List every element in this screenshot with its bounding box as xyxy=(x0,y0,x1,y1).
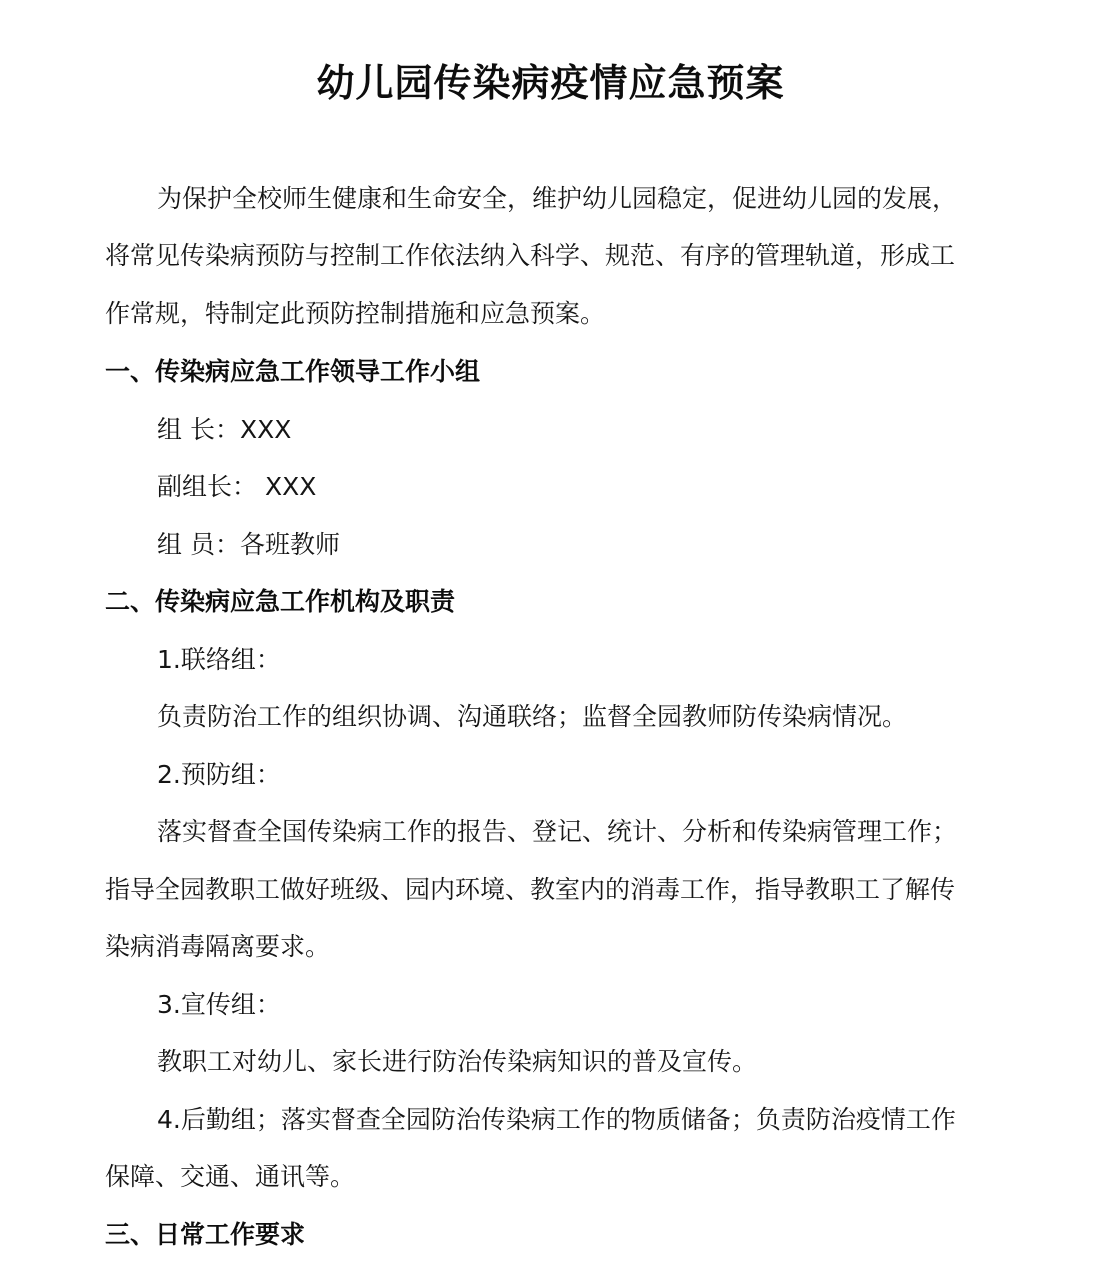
intro-line-2: 将常见传染病预防与控制工作依法纳入科学、规范、有序的管理轨道，形成工 xyxy=(105,239,955,273)
group-2-description-line-2: 指导全园教职工做好班级、园内环境、教室内的消毒工作，指导教职工了解传 xyxy=(105,873,955,907)
intro-line-1: 为保护全校师生健康和生命安全，维护幼儿园稳定，促进幼儿园的发展， xyxy=(157,182,957,216)
intro-line-3: 作常规，特制定此预防控制措施和应急预案。 xyxy=(105,297,605,331)
team-deputy: 副组长： XXX xyxy=(157,470,316,504)
group-3-label: 3.宣传组： xyxy=(157,988,281,1022)
document-title: 幼儿园传染病疫情应急预案 xyxy=(0,58,1101,108)
group-1-label: 1.联络组： xyxy=(157,643,281,677)
group-4-description-line-1: 4.后勤组；落实督查全园防治传染病工作的物质储备；负责防治疫情工作 xyxy=(157,1103,956,1137)
group-2-label: 2.预防组： xyxy=(157,758,281,792)
section-3-heading: 三、日常工作要求 xyxy=(105,1218,305,1252)
team-leader: 组 长：XXX xyxy=(157,413,291,447)
team-members: 组 员：各班教师 xyxy=(157,528,340,562)
group-1-description: 负责防治工作的组织协调、沟通联络；监督全园教师防传染病情况。 xyxy=(157,700,907,734)
group-2-description-line-1: 落实督查全国传染病工作的报告、登记、统计、分析和传染病管理工作； xyxy=(157,815,957,849)
group-4-description-line-2: 保障、交通、通讯等。 xyxy=(105,1160,355,1194)
group-3-description: 教职工对幼儿、家长进行防治传染病知识的普及宣传。 xyxy=(157,1045,757,1079)
section-1-heading: 一、传染病应急工作领导工作小组 xyxy=(105,355,480,389)
section-2-heading: 二、传染病应急工作机构及职责 xyxy=(105,585,455,619)
group-2-description-line-3: 染病消毒隔离要求。 xyxy=(105,930,330,964)
